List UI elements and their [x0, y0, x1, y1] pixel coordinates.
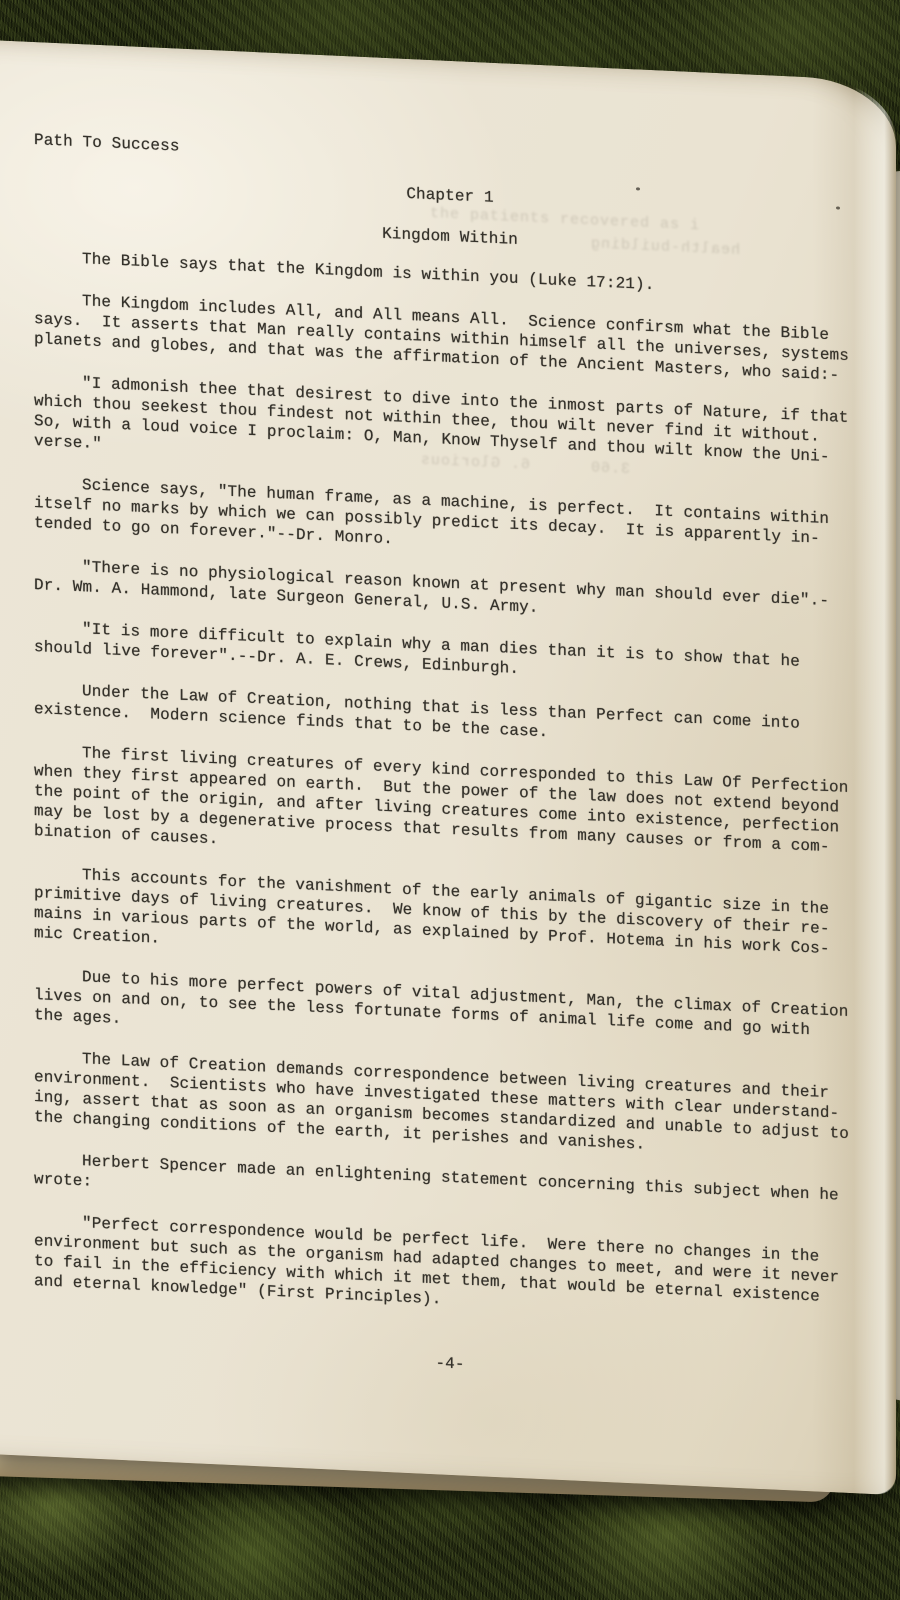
paragraph: Herbert Spencer made an enlightening sta…: [34, 1149, 866, 1227]
paragraph: "There is no physiological reason known …: [34, 555, 866, 633]
page-content: Path To Success Chapter 1 Kingdom Within…: [34, 130, 866, 1393]
paragraph: Under the Law of Creation, nothing that …: [34, 679, 866, 757]
paragraph: The Law of Creation demands corresponden…: [34, 1047, 866, 1165]
page-number: -4-: [34, 1335, 866, 1393]
paragraph: "It is more difficult to explain why a m…: [34, 617, 866, 695]
paragraph: Science says, "The human frame, as a mac…: [34, 473, 866, 571]
paragraph: Due to his more perfect powers of vital …: [34, 965, 866, 1063]
ink-speck: [636, 187, 640, 190]
paragraph: The Kingdom includes All, and All means …: [34, 289, 866, 387]
paragraph: The first living creatures of every kind…: [34, 741, 866, 879]
paragraph: "Perfect correspondence would be perfect…: [34, 1211, 866, 1329]
book-page: Path To Success Chapter 1 Kingdom Within…: [0, 40, 896, 1495]
ink-speck: [836, 206, 840, 209]
paragraph: This accounts for the vanishment of the …: [34, 863, 866, 981]
body-text: The Bible says that the Kingdom is withi…: [34, 247, 866, 1329]
paragraph: "I admonish thee that desirest to dive i…: [34, 371, 866, 489]
